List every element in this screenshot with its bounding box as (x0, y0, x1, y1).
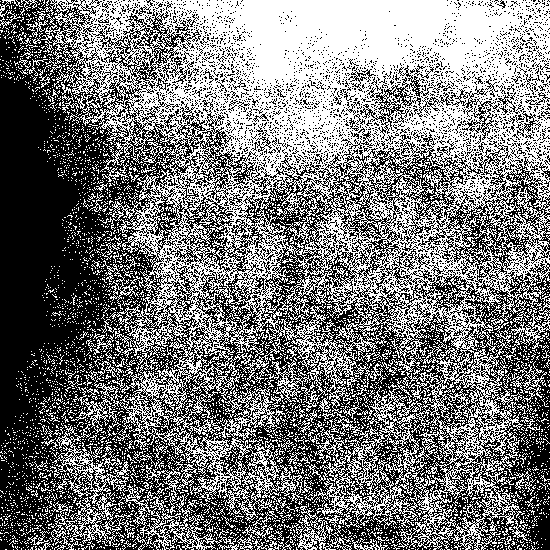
dithered-landscape-photo (0, 0, 550, 550)
